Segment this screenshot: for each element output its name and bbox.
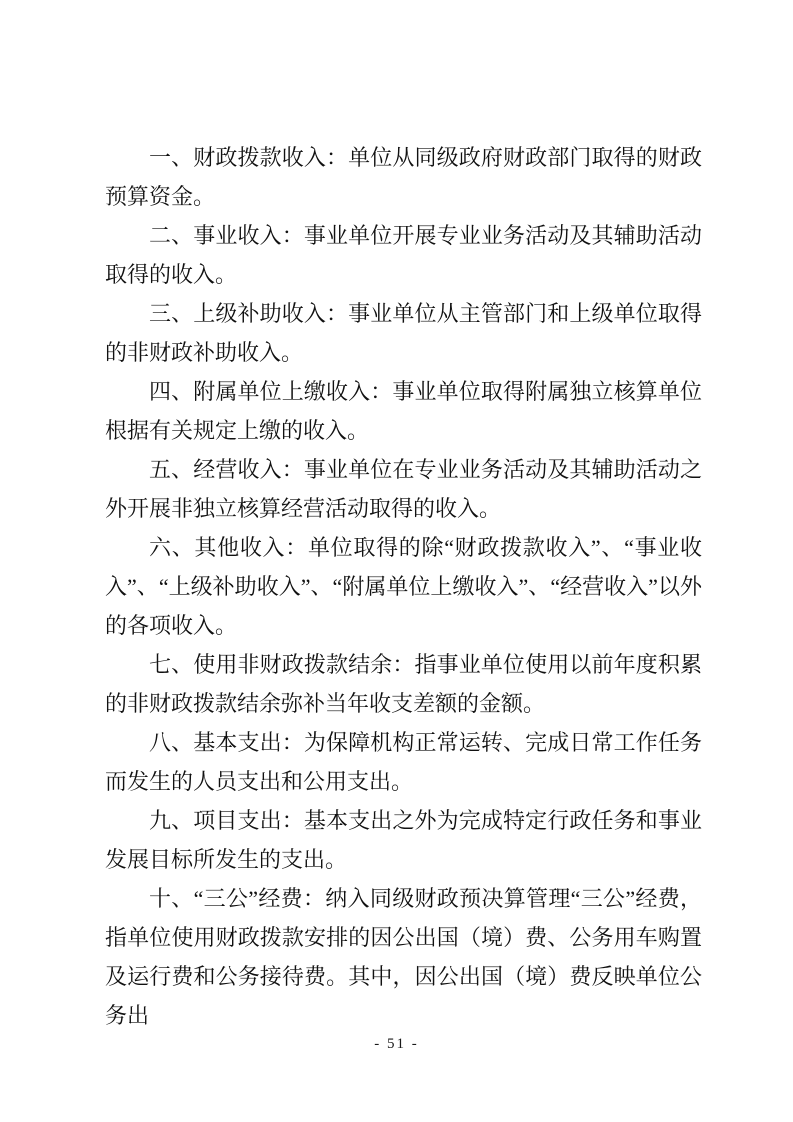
paragraph: 二、事业收入：事业单位开展专业业务活动及其辅助活动取得的收入。 xyxy=(105,216,702,294)
paragraph: 三、上级补助收入：事业单位从主管部门和上级单位取得的非财政补助收入。 xyxy=(105,294,702,372)
paragraph: 七、使用非财政拨款结余：指事业单位使用以前年度积累的非财政拨款结余弥补当年收支差… xyxy=(105,645,702,723)
paragraph: 四、附属单位上缴收入：事业单位取得附属独立核算单位根据有关规定上缴的收入。 xyxy=(105,372,702,450)
paragraph: 六、其他收入：单位取得的除“财政拨款收入”、“事业收入”、“上级补助收入”、“附… xyxy=(105,528,702,645)
paragraph: 九、项目支出：基本支出之外为完成特定行政任务和事业发展目标所发生的支出。 xyxy=(105,801,702,879)
paragraph: 五、经营收入：事业单位在专业业务活动及其辅助活动之外开展非独立核算经营活动取得的… xyxy=(105,450,702,528)
paragraph: 一、财政拨款收入：单位从同级政府财政部门取得的财政预算资金。 xyxy=(105,138,702,216)
document-body: 一、财政拨款收入：单位从同级政府财政部门取得的财政预算资金。二、事业收入：事业单… xyxy=(105,138,702,1035)
paragraph: 八、基本支出：为保障机构正常运转、完成日常工作任务而发生的人员支出和公用支出。 xyxy=(105,723,702,801)
paragraph: 十、“三公”经费：纳入同级财政预决算管理“三公”经费，指单位使用财政拨款安排的因… xyxy=(105,879,702,1035)
document-page: 一、财政拨款收入：单位从同级政府财政部门取得的财政预算资金。二、事业收入：事业单… xyxy=(0,0,793,1122)
page-number: - 51 - xyxy=(0,1036,793,1053)
